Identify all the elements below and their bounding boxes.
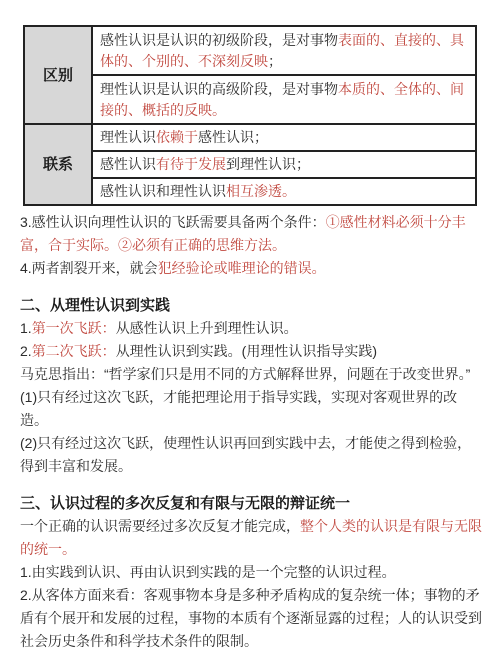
- text-run: 2.: [20, 343, 32, 359]
- paragraph-second-leap: 2.第二次飞跃：从理性认识到实践。(用理性认识指导实践): [20, 340, 482, 363]
- section-heading-3: 三、认识过程的多次反复和有限与无限的辩证统一: [20, 492, 482, 515]
- text-run: ；: [268, 53, 282, 69]
- comparison-table: 区别 感性认识是认识的初级阶段，是对事物表面的、直接的、具体的、个别的、不深刻反…: [23, 25, 477, 206]
- row-header-distinction: 区别: [24, 26, 92, 124]
- table-cell-connection-3: 感性认识和理性认识相互渗透。: [92, 178, 476, 205]
- text-run: 4.两者割裂开来，就会: [20, 260, 158, 276]
- document-body: 3.感性认识向理性认识的飞跃需要具备两个条件：①感性材料必须十分丰富，合于实际。…: [20, 211, 482, 653]
- paragraph-leap-conditions: 3.感性认识向理性认识的飞跃需要具备两个条件：①感性材料必须十分丰富，合于实际。…: [20, 211, 482, 257]
- text-run: 3.感性认识向理性认识的飞跃需要具备两个条件：: [20, 214, 326, 230]
- paragraph-first-leap: 1.第一次飞跃：从感性认识上升到理性认识。: [20, 317, 482, 340]
- highlight-text: 有待于发展: [156, 156, 226, 172]
- text-run: 感性认识；: [198, 129, 268, 145]
- text-run: (2)只有经过这次飞跃，使理性认识再回到实践中去，才能使之得到检验，得到丰富和发…: [20, 435, 471, 474]
- text-run: 感性认识: [100, 156, 156, 172]
- section-heading-2: 二、从理性认识到实践: [20, 294, 482, 317]
- table-row: 联系 理性认识依赖于感性认识；: [24, 124, 476, 151]
- table-row: 区别 感性认识是认识的初级阶段，是对事物表面的、直接的、具体的、个别的、不深刻反…: [24, 26, 476, 75]
- text-run: 从感性认识上升到理性认识。: [116, 320, 298, 336]
- table-cell-connection-1: 理性认识依赖于感性认识；: [92, 124, 476, 151]
- text-run: 马克思指出：“哲学家们只是用不同的方式解释世界，问题在于改变世界。”: [20, 366, 470, 382]
- text-run: 理性认识: [100, 129, 156, 145]
- paragraph-correct-cognition: 一个正确的认识需要经过多次反复才能完成，整个人类的认识是有限与无限的统一。: [20, 515, 482, 561]
- text-run: 从理性认识到实践。(用理性认识指导实践): [116, 343, 377, 359]
- table-row: 理性认识是认识的高级阶段，是对事物本质的、全体的、间接的、概括的反映。: [24, 75, 476, 124]
- highlight-text: 依赖于: [156, 129, 198, 145]
- paragraph-point-2: (2)只有经过这次飞跃，使理性认识再回到实践中去，才能使之得到检验，得到丰富和发…: [20, 432, 482, 478]
- text-run: 三、认识过程的多次反复和有限与无限的辩证统一: [20, 495, 350, 512]
- table-cell-rational-definition: 理性认识是认识的高级阶段，是对事物本质的、全体的、间接的、概括的反映。: [92, 75, 476, 124]
- document-page: 区别 感性认识是认识的初级阶段，是对事物表面的、直接的、具体的、个别的、不深刻反…: [0, 0, 500, 654]
- table-cell-connection-2: 感性认识有待于发展到理性认识；: [92, 151, 476, 178]
- table-row: 感性认识和理性认识相互渗透。: [24, 178, 476, 205]
- text-run: 感性认识和理性认识: [100, 183, 226, 199]
- text-run: 1.: [20, 320, 32, 336]
- text-run: 1.由实践到认识、再由认识到实践的是一个完整的认识过程。: [20, 564, 396, 580]
- highlight-text: 第一次飞跃：: [32, 320, 116, 336]
- text-run: 理性认识是认识的高级阶段，是对事物: [100, 81, 338, 97]
- row-header-connection: 联系: [24, 124, 92, 205]
- text-run: 2.从客体方面来看：客观事物本身是多种矛盾构成的复杂统一体；事物的矛盾有个展开和…: [20, 587, 482, 649]
- paragraph-point-1: (1)只有经过这次飞跃，才能把理论用于指导实践，实现对客观世界的改造。: [20, 386, 482, 432]
- text-run: 二、从理性认识到实践: [20, 297, 170, 314]
- highlight-text: 犯经验论或唯理论的错误。: [158, 260, 326, 276]
- text-run: 一个正确的认识需要经过多次反复才能完成，: [20, 518, 300, 534]
- text-run: 感性认识是认识的初级阶段，是对事物: [100, 32, 338, 48]
- paragraph-complete-process: 1.由实践到认识、再由认识到实践的是一个完整的认识过程。: [20, 561, 482, 584]
- table-row: 感性认识有待于发展到理性认识；: [24, 151, 476, 178]
- text-run: (1)只有经过这次飞跃，才能把理论用于指导实践，实现对客观世界的改造。: [20, 389, 457, 428]
- paragraph-marx-quote: 马克思指出：“哲学家们只是用不同的方式解释世界，问题在于改变世界。”: [20, 363, 482, 386]
- paragraph-object-aspect: 2.从客体方面来看：客观事物本身是多种矛盾构成的复杂统一体；事物的矛盾有个展开和…: [20, 584, 482, 653]
- text-run: 到理性认识；: [226, 156, 310, 172]
- highlight-text: 第二次飞跃：: [32, 343, 116, 359]
- highlight-text: 相互渗透。: [226, 183, 296, 199]
- paragraph-split-error: 4.两者割裂开来，就会犯经验论或唯理论的错误。: [20, 257, 482, 280]
- table-cell-perceptual-definition: 感性认识是认识的初级阶段，是对事物表面的、直接的、具体的、个别的、不深刻反映；: [92, 26, 476, 75]
